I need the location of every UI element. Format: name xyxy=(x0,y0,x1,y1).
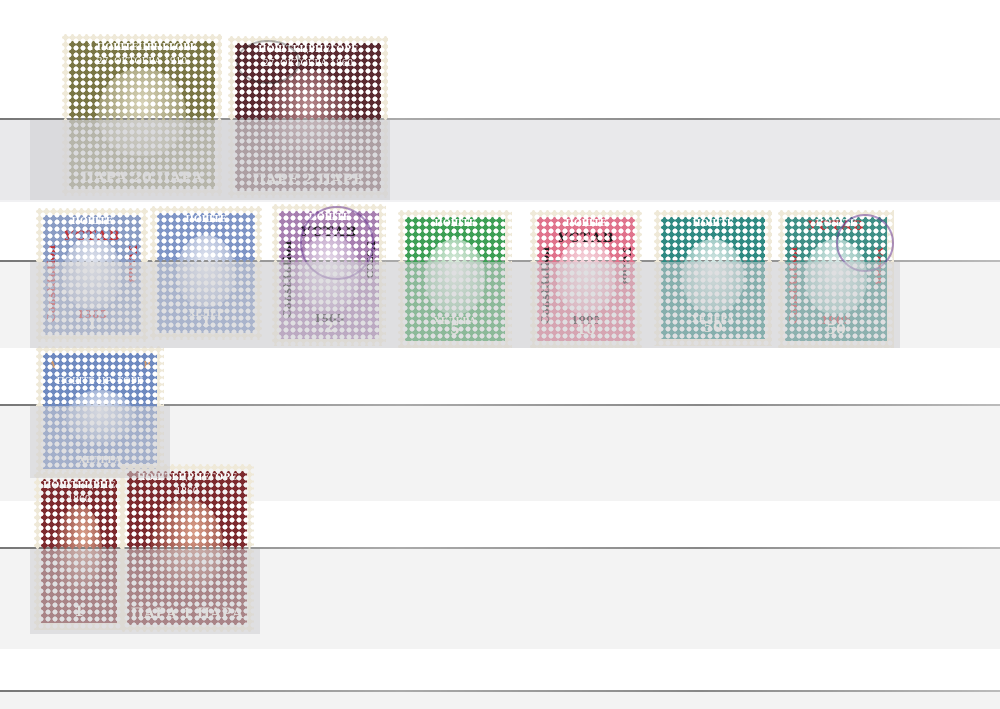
overprint-right: Устав xyxy=(126,245,139,282)
stamp-corner-left: A xyxy=(49,361,157,371)
overprint-text: УСТАВ xyxy=(537,231,635,246)
stamp-value: 50 xyxy=(661,320,765,336)
stamp-value: ПАРЕ 2 ПАРЕ xyxy=(235,172,381,188)
stamp-top-text: ПОШТЕЦРНЕ xyxy=(41,481,117,491)
postmark xyxy=(300,206,374,280)
stamp-design: 1 ПОШТЕЦРНЕГОРЕ 27. ОКТОБРА 1910 ПАРА 20… xyxy=(69,41,215,189)
stamp-value: 50 xyxy=(785,322,887,338)
stamp[interactable]: ПОШТЕЦРНЕ 1860 1 xyxy=(34,472,124,630)
stamp-sub-text: 1860 xyxy=(127,487,247,497)
stamp-design: ПОШТЕ ХЕЛЕРА 50 xyxy=(661,217,765,339)
stamp-design: ПОШТЕ УСТАВ Constitution Устав 1905 10 xyxy=(537,217,635,341)
overprint-text: УСТАВ xyxy=(43,229,141,244)
stamp-value: 5 xyxy=(405,322,505,338)
portrait-icon xyxy=(98,68,186,157)
strip-edge xyxy=(0,690,1000,692)
stamp-value: 1 xyxy=(43,316,141,332)
stamp-value: 10 xyxy=(537,322,635,338)
stamp[interactable]: 1 ПОШТЕЦРНЕГОРЕ 27. ОКТОБРА 1910 ПАРА 20… xyxy=(62,34,222,196)
stamp[interactable]: ПОШТЕ ХЕЛЕРА 50 xyxy=(654,210,772,346)
stamp-corner-right: R xyxy=(144,361,151,371)
stamp-sub-text: 27. ОКТОБРА 1910 xyxy=(69,57,215,67)
stamp-top-text: ПОШТЕ xyxy=(43,217,141,227)
postmark xyxy=(236,40,300,84)
overprint-left: Constitution xyxy=(539,247,552,324)
portrait-icon xyxy=(682,239,744,312)
portrait-icon xyxy=(177,235,236,307)
portrait-icon xyxy=(557,239,616,313)
stamp[interactable]: ПОШТЕ УСТАВ Constitution Устав 1905 1 xyxy=(36,208,148,342)
stamp-top-text: ПОШТЕЦРНЕГОРЕ xyxy=(127,473,247,483)
stamp-top-text: ПОШТЕ xyxy=(157,215,255,225)
stamp-design: ПОШТЕЦРНЕ 1860 1 xyxy=(41,479,117,623)
stamp-top-text: ПОШТЕ xyxy=(405,219,505,229)
stamp-design: A R ПОШТЕ ЦР. ГОРЕ ХЕЛЕРА xyxy=(43,353,157,469)
stamp-design: ПОШТЕ УСТАВ Constitution Устав 1905 1 xyxy=(43,215,141,335)
overprint-left: Constitution xyxy=(281,241,294,318)
stamp-value: ПАРА 1 ПАРА xyxy=(127,606,247,622)
stamp-top-text: ПОШТЕ xyxy=(537,219,635,229)
stockbook-strip xyxy=(0,692,1000,709)
stamp-design: ПОШТЕ ХЕЛЕР 1 xyxy=(157,213,255,333)
stamp[interactable]: ПОШТЕ ХЕЛЕРА 5 xyxy=(398,210,512,348)
stamp[interactable]: A R ПОШТЕ ЦР. ГОРЕ ХЕЛЕРА xyxy=(36,346,164,476)
postmark xyxy=(836,214,894,272)
portrait-icon xyxy=(63,237,122,309)
portrait-icon xyxy=(66,390,134,443)
stamp[interactable]: ПОШТЕЦРНЕГОРЕ 1860 ПАРА 1 ПАРА xyxy=(120,464,254,632)
stamp[interactable]: ПОШТЕ УСТАВ Constitution Устав 1905 10 xyxy=(530,210,642,348)
overprint-left: Constitution xyxy=(787,247,800,324)
stamp-value: 2 xyxy=(279,320,379,336)
overprint-right: Устав xyxy=(620,247,633,284)
stamp-value: ПАРА 20 ПАРА xyxy=(69,170,215,186)
portrait-icon xyxy=(425,239,485,313)
stamp-value: 1 xyxy=(41,604,117,620)
stamp-design: ПОШТЕ ХЕЛЕРА 5 xyxy=(405,217,505,341)
stamp-sub-text: 1860 xyxy=(41,495,117,505)
portrait-icon xyxy=(151,499,223,591)
stamp-top-text: ПОШТЕ ЦР. ГОРЕ xyxy=(43,377,157,387)
stamp[interactable]: ПОШТЕ ХЕЛЕР 1 xyxy=(150,206,262,340)
stamp-top-text: 1 ПОШТЕЦРНЕГОРЕ xyxy=(69,43,215,53)
stamp-top-text: ПОШТЕ xyxy=(661,219,765,229)
stamp-value: 1 xyxy=(157,314,255,330)
portrait-icon xyxy=(56,505,102,591)
stamp-design: ПОШТЕЦРНЕГОРЕ 1860 ПАРА 1 ПАРА xyxy=(127,471,247,625)
